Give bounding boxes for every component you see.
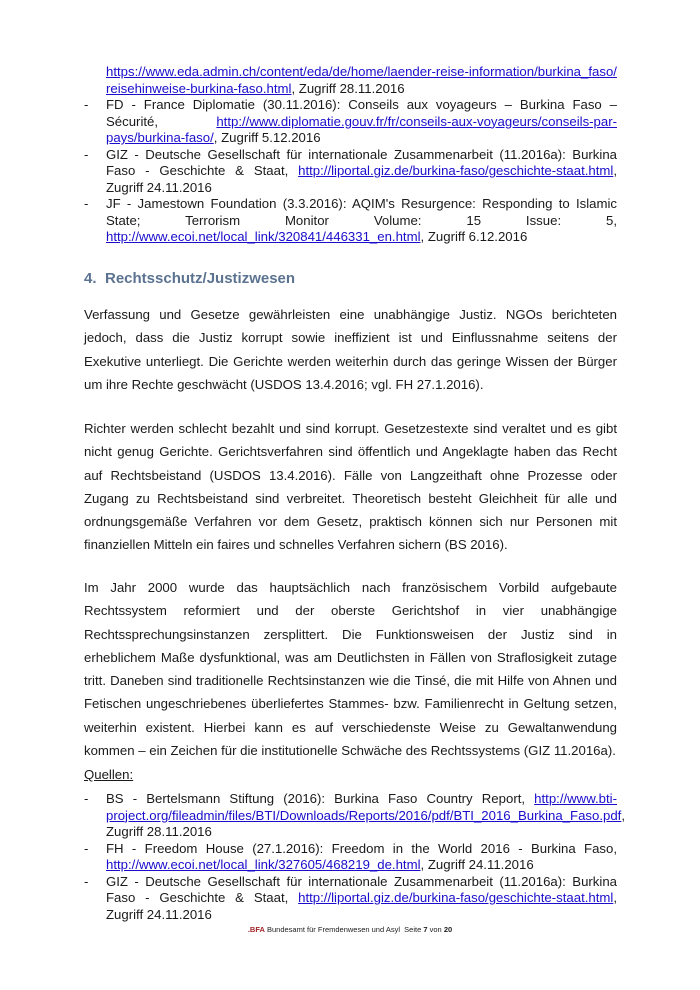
list-dash: - [84, 196, 88, 213]
body-paragraph: Im Jahr 2000 wurde das hauptsächlich nac… [84, 576, 617, 762]
list-dash: - [84, 874, 88, 891]
source-access-date: , Zugriff 24.11.2016 [421, 857, 534, 872]
top-sources-list: https://www.eda.admin.ch/content/eda/de/… [84, 64, 617, 246]
section-number: 4. [84, 270, 105, 287]
source-link[interactable]: http://www.ecoi.net/local_link/320841/44… [106, 229, 421, 244]
source-item: - GIZ - Deutsche Gesellschaft für intern… [84, 874, 617, 924]
page-current: 7 [423, 925, 427, 934]
section-title: Rechtsschutz/Justizwesen [105, 270, 295, 287]
list-dash: - [84, 97, 88, 114]
bottom-sources-list: - BS - Bertelsmann Stiftung (2016): Burk… [84, 791, 617, 923]
list-dash: - [84, 841, 88, 858]
source-item: - GIZ - Deutsche Gesellschaft für intern… [84, 147, 617, 197]
source-item: - FH - Freedom House (27.1.2016): Freedo… [84, 841, 617, 874]
section-heading: 4.Rechtsschutz/Justizwesen [84, 270, 295, 287]
source-access-date: , Zugriff 6.12.2016 [421, 229, 528, 244]
source-link[interactable]: http://www.ecoi.net/local_link/327605/46… [106, 857, 421, 872]
body-paragraph: Richter werden schlecht bezahlt und sind… [84, 417, 617, 557]
page-label: Seite [404, 925, 421, 934]
source-item: - FD - France Diplomatie (30.11.2016): C… [84, 97, 617, 147]
sources-label: Quellen: [84, 767, 133, 782]
footer-org: Bundesamt für Fremdenwesen und Asyl [267, 925, 400, 934]
source-item: - BS - Bertelsmann Stiftung (2016): Burk… [84, 791, 617, 841]
source-text: JF - Jamestown Foundation (3.3.2016): AQ… [106, 196, 617, 228]
bfa-logo-text: .BFA [248, 925, 265, 934]
source-text: BS - Bertelsmann Stiftung (2016): Burkin… [106, 791, 534, 806]
source-access-date: , Zugriff 28.11.2016 [291, 81, 404, 96]
source-item: - JF - Jamestown Foundation (3.3.2016): … [84, 196, 617, 246]
page-total: 20 [444, 925, 452, 934]
source-access-date: , Zugriff 5.12.2016 [214, 130, 321, 145]
source-link[interactable]: http://liportal.giz.de/burkina-faso/gesc… [298, 890, 613, 905]
source-item: https://www.eda.admin.ch/content/eda/de/… [84, 64, 617, 97]
page-of: von [430, 925, 442, 934]
body-paragraph: Verfassung und Gesetze gewährleisten ein… [84, 303, 617, 396]
list-dash: - [84, 147, 88, 164]
source-link[interactable]: http://liportal.giz.de/burkina-faso/gesc… [298, 163, 613, 178]
list-dash: - [84, 791, 88, 808]
document-page: https://www.eda.admin.ch/content/eda/de/… [0, 0, 700, 990]
page-footer: .BFA Bundesamt für Fremdenwesen und Asyl… [0, 925, 700, 934]
source-text: FH - Freedom House (27.1.2016): Freedom … [106, 841, 617, 856]
